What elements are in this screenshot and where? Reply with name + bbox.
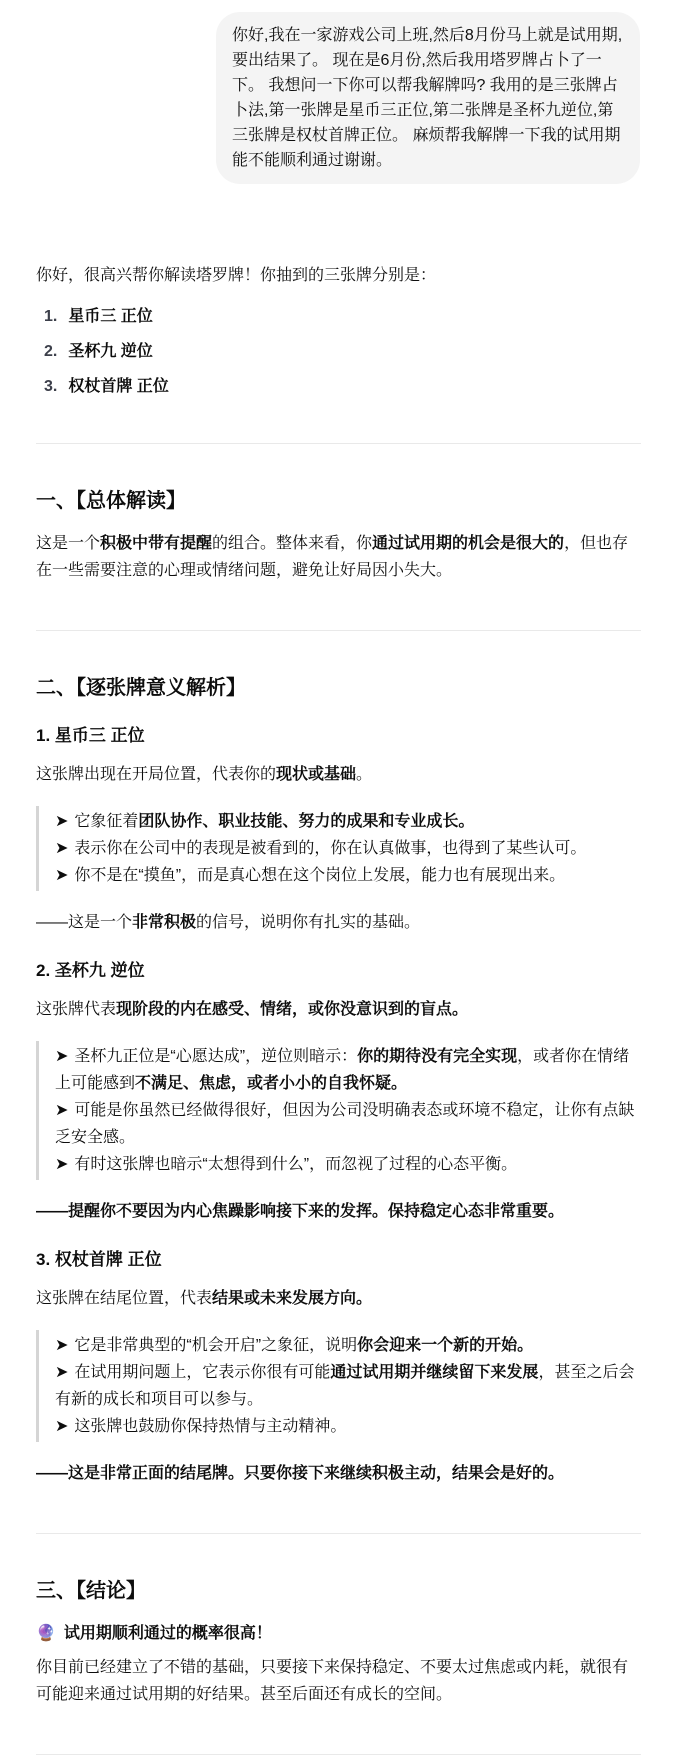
bullet-line: ➤表示你在公司中的表现是被看到的，你在认真做事，也得到了某些认可。 [55, 835, 641, 862]
card-lead: 这张牌在结尾位置，代表结果或未来发展方向。 [36, 1285, 641, 1312]
section-divider [36, 630, 641, 631]
arrow-bullet-icon: ➤ [55, 1337, 68, 1354]
card-number: 3. [44, 377, 57, 397]
conclusion-headline: 🔮试用期顺利通过的概率很高！ [36, 1620, 641, 1647]
arrow-bullet-icon: ➤ [55, 1418, 68, 1435]
card-list-item: 1. 星币三 正位 [44, 307, 641, 327]
card-lead: 这张牌代表现阶段的内在感受、情绪，或你没意识到的盲点。 [36, 996, 641, 1023]
assistant-message: 你好，很高兴帮你解读塔罗牌！你抽到的三张牌分别是： 1. 星币三 正位 2. 圣… [36, 262, 641, 1755]
card-list-item: 2. 圣杯九 逆位 [44, 342, 641, 362]
intro-paragraph: 你好，很高兴帮你解读塔罗牌！你抽到的三张牌分别是： [36, 262, 641, 289]
bullet-text: 在试用期问题上，它表示你很有可能通过试用期并继续留下来发展，甚至之后会有新的成长… [55, 1364, 634, 1408]
card-list: 1. 星币三 正位 2. 圣杯九 逆位 3. 权杖首牌 正位 [36, 307, 641, 397]
arrow-bullet-icon: ➤ [55, 1102, 68, 1119]
overview-heading: 一、【总体解读】 [36, 488, 641, 514]
user-message-row: 你好,我在一家游戏公司上班,然后8月份马上就是试用期,要出结果了。 现在是6月份… [0, 0, 681, 184]
user-message-bubble: 你好,我在一家游戏公司上班,然后8月份马上就是试用期,要出结果了。 现在是6月份… [216, 12, 640, 184]
bullet-text: 它是非常典型的“机会开启”之象征，说明你会迎来一个新的开始。 [74, 1337, 533, 1354]
bullet-line: ➤在试用期问题上，它表示你很有可能通过试用期并继续留下来发展，甚至之后会有新的成… [55, 1359, 641, 1413]
card-quote: ➤它是非常典型的“机会开启”之象征，说明你会迎来一个新的开始。 ➤在试用期问题上… [36, 1330, 641, 1442]
overview-paragraph: 这是一个积极中带有提醒的组合。整体来看，你通过试用期的机会是很大的，但也存在一些… [36, 530, 641, 584]
arrow-bullet-icon: ➤ [55, 1364, 68, 1381]
arrow-bullet-icon: ➤ [55, 1156, 68, 1173]
card-analysis-block: 1. 星币三 正位 这张牌出现在开局位置，代表你的现状或基础。 ➤它象征着团队协… [36, 725, 641, 936]
bullet-text: 表示你在公司中的表现是被看到的，你在认真做事，也得到了某些认可。 [74, 840, 586, 857]
arrow-bullet-icon: ➤ [55, 840, 68, 857]
bullet-line: ➤有时这张牌也暗示“太想得到什么”，而忽视了过程的心态平衡。 [55, 1151, 641, 1178]
conclusion-paragraph: 你目前已经建立了不错的基础，只要接下来保持稳定、不要太过焦虑或内耗，就很有可能迎… [36, 1654, 641, 1708]
card-title: 1. 星币三 正位 [36, 725, 641, 747]
section-divider [36, 1533, 641, 1534]
card-quote: ➤它象征着团队协作、职业技能、努力的成果和专业成长。 ➤表示你在公司中的表现是被… [36, 806, 641, 891]
card-number: 1. [44, 307, 57, 327]
card-conclusion: ——这是非常正面的结尾牌。只要你接下来继续积极主动，结果会是好的。 [36, 1460, 641, 1487]
analysis-heading: 二、【逐张牌意义解析】 [36, 675, 641, 701]
arrow-bullet-icon: ➤ [55, 1048, 68, 1065]
card-number: 2. [44, 342, 57, 362]
bullet-line: ➤它象征着团队协作、职业技能、努力的成果和专业成长。 [55, 808, 641, 835]
card-name: 权杖首牌 正位 [68, 377, 168, 397]
card-name: 星币三 正位 [68, 307, 152, 327]
card-lead: 这张牌出现在开局位置，代表你的现状或基础。 [36, 761, 641, 788]
bullet-text: 这张牌也鼓励你保持热情与主动精神。 [74, 1418, 346, 1435]
arrow-bullet-icon: ➤ [55, 813, 68, 830]
bullet-line: ➤你不是在“摸鱼”，而是真心想在这个岗位上发展，能力也有展现出来。 [55, 862, 641, 889]
bullet-line: ➤它是非常典型的“机会开启”之象征，说明你会迎来一个新的开始。 [55, 1332, 641, 1359]
bullet-line: ➤可能是你虽然已经做得很好，但因为公司没明确表态或环境不稳定，让你有点缺乏安全感… [55, 1097, 641, 1151]
bullet-text: 可能是你虽然已经做得很好，但因为公司没明确表态或环境不稳定，让你有点缺乏安全感。 [55, 1102, 634, 1146]
bullet-text: 它象征着团队协作、职业技能、努力的成果和专业成长。 [74, 813, 474, 830]
bullet-line: ➤这张牌也鼓励你保持热情与主动精神。 [55, 1413, 641, 1440]
card-name: 圣杯九 逆位 [68, 342, 152, 362]
card-list-item: 3. 权杖首牌 正位 [44, 377, 641, 397]
bullet-text: 圣杯九正位是“心愿达成”，逆位则暗示：你的期待没有完全实现，或者你在情绪上可能感… [55, 1048, 629, 1092]
bullet-line: ➤圣杯九正位是“心愿达成”，逆位则暗示：你的期待没有完全实现，或者你在情绪上可能… [55, 1043, 641, 1097]
bullet-text: 你不是在“摸鱼”，而是真心想在这个岗位上发展，能力也有展现出来。 [74, 867, 565, 884]
card-conclusion: ——提醒你不要因为内心焦躁影响接下来的发挥。保持稳定心态非常重要。 [36, 1198, 641, 1225]
crystal-ball-emoji: 🔮 [36, 1625, 56, 1642]
card-quote: ➤圣杯九正位是“心愿达成”，逆位则暗示：你的期待没有完全实现，或者你在情绪上可能… [36, 1041, 641, 1180]
bullet-text: 有时这张牌也暗示“太想得到什么”，而忽视了过程的心态平衡。 [74, 1156, 517, 1173]
card-title: 3. 权杖首牌 正位 [36, 1249, 641, 1271]
card-analysis-block: 2. 圣杯九 逆位 这张牌代表现阶段的内在感受、情绪，或你没意识到的盲点。 ➤圣… [36, 960, 641, 1225]
section-divider [36, 443, 641, 444]
card-title: 2. 圣杯九 逆位 [36, 960, 641, 982]
conclusion-heading: 三、【结论】 [36, 1578, 641, 1604]
card-analysis-block: 3. 权杖首牌 正位 这张牌在结尾位置，代表结果或未来发展方向。 ➤它是非常典型… [36, 1249, 641, 1487]
conclusion-headline-text: 试用期顺利通过的概率很高！ [64, 1625, 272, 1642]
card-conclusion: ——这是一个非常积极的信号，说明你有扎实的基础。 [36, 909, 641, 936]
arrow-bullet-icon: ➤ [55, 867, 68, 884]
